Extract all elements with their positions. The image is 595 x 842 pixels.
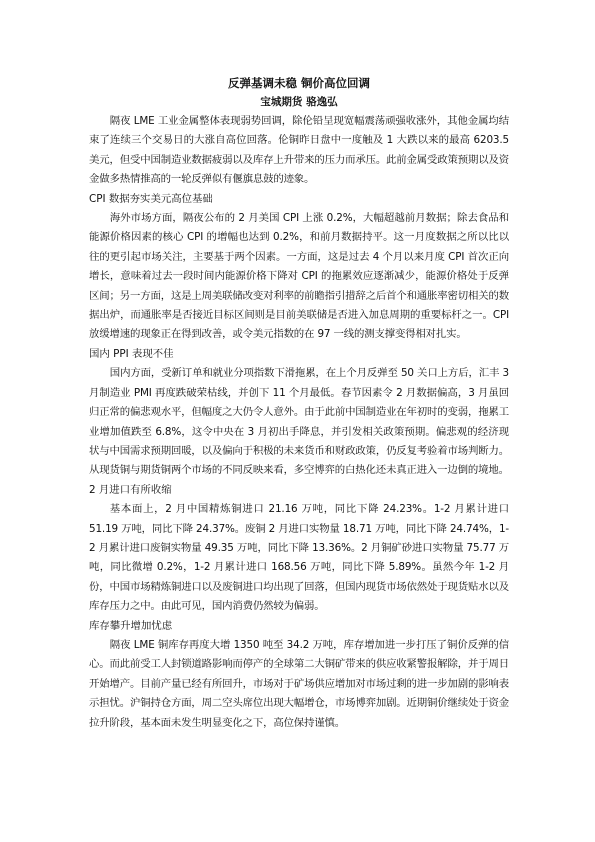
section-heading-imports: 2 月进口有所收缩 [89,481,509,500]
document-page: 反弹基调未稳 铜价高位回调 宝城期货 骆逸弘 隔夜 LME 工业金属整体表现弱势… [89,74,509,733]
section-heading-cpi: CPI 数据夯实美元高位基础 [89,190,509,209]
section-heading-ppi: 国内 PPI 表现不佳 [89,345,509,364]
document-title: 反弹基调未稳 铜价高位回调 [89,74,509,93]
section-paragraph-cpi: 海外市场方面，隔夜公布的 2 月美国 CPI 上涨 0.2%，大幅超越前月数据；… [89,209,509,345]
section-paragraph-inventory: 隔夜 LME 铜库存再度大增 1350 吨至 34.2 万吨，库存增加进一步打压… [89,636,509,733]
document-byline: 宝城期货 骆逸弘 [89,93,509,112]
intro-paragraph: 隔夜 LME 工业金属整体表现弱势回调，除伦铅呈现宽幅震荡顽强收涨外，其他金属均… [89,112,509,190]
section-heading-inventory: 库存攀升增加忧虑 [89,617,509,636]
section-paragraph-imports: 基本面上，2 月中国精炼铜进口 21.16 万吨，同比下降 24.23%。1-2… [89,500,509,616]
section-paragraph-ppi: 国内方面，受新订单和就业分项指数下滑拖累，在上个月反弹至 50 关口上方后，汇丰… [89,364,509,480]
